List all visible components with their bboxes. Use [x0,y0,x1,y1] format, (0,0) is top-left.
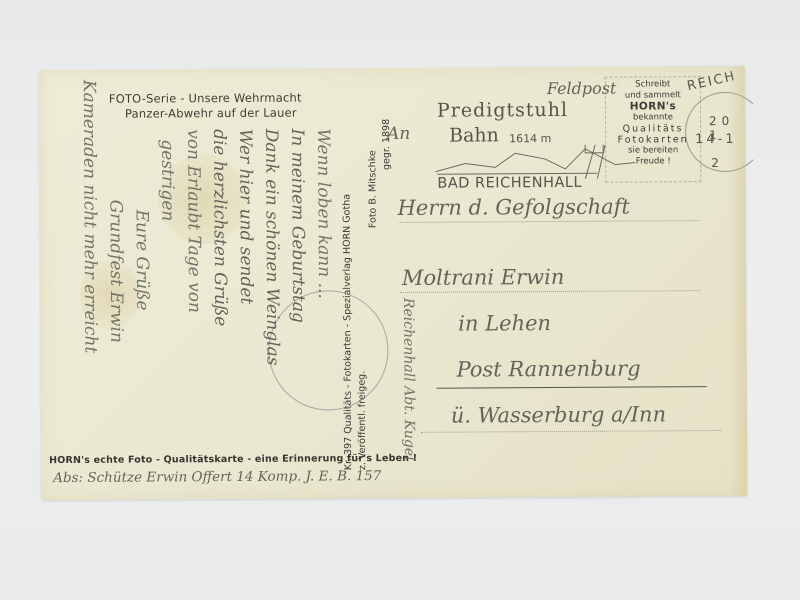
photo-caption: Panzer-Abwehr auf der Lauer [125,106,297,121]
address-line-1: Herrn d. Gefolgschaft [397,195,630,220]
message-line: von Erlaubt Tage von [183,129,204,313]
postmark-number: 2 [711,156,719,170]
message-line: Grundfest Erwin [105,200,126,343]
address-rule [400,220,700,223]
postmark-circle-town: REICH [686,69,738,94]
address-line-2: Moltrani Erwin [402,265,565,290]
strikethrough [437,386,707,389]
message-line: die herzlichsten Grüße [209,129,230,326]
message-line: Kameraden nicht mehr erreicht [79,80,101,354]
postcard: FOTO-Serie - Unsere Wehrmacht Panzer-Abw… [39,66,748,500]
feldpost-note: Feldpost [547,79,617,98]
series-title: FOTO-Serie - Unsere Wehrmacht [109,91,302,106]
address-rule [400,290,700,293]
postmark-altitude: 1614 m [509,132,551,145]
message-line: Wenn loben kann ... [313,128,334,298]
publisher-line-3: Foto B. Mitschke [367,150,378,228]
message-line: gestrigen [157,139,178,221]
address-line-3: in Lehen [458,311,551,336]
address-to: An [387,124,410,144]
unit-stamp [268,290,389,411]
footer-slogan: HORN's echte Foto - Qualitätskarte - ein… [49,453,417,466]
address-line-4: Post Rannenburg [456,356,640,381]
message-line: In meinem Geburtstag [287,129,308,323]
message-line: Dank ein schönen Weinglas [261,129,282,366]
message-line: Eure Grüße [132,209,153,310]
message-line: Wer hier und sendet [235,129,256,304]
address-line-5: ü. Wasserburg a/Inn [451,402,666,427]
address-rule [421,430,721,433]
postmark-time: 14-1 [695,132,737,147]
postmark-slogan: Predigtstuhl [437,99,568,122]
postmark-slogan-2: Bahn [449,124,499,146]
postmark-town: BAD REICHENHALL [437,175,582,192]
margin-note: Reichenhall Abt. Kugel [400,298,417,461]
ad-brand: HORN's [606,101,700,113]
sender-line: Abs: Schütze Erwin Offert 14 Komp. J. E.… [53,468,381,486]
